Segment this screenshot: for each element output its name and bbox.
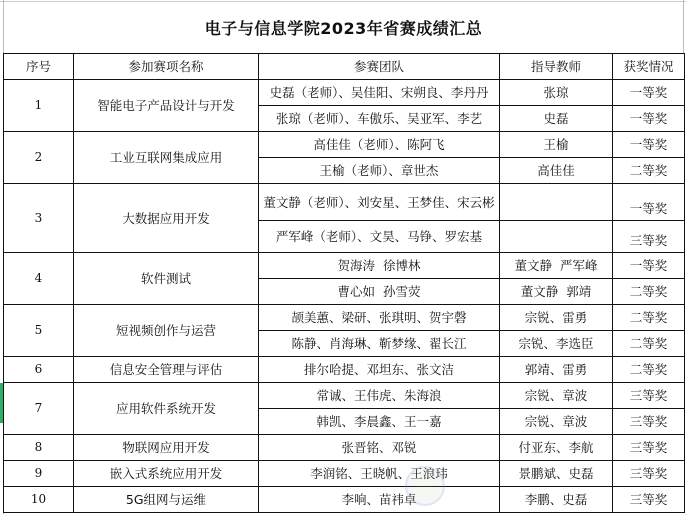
cell-award[interactable]: 三等奖: [613, 383, 685, 409]
cell-event[interactable]: 信息安全管理与评估: [74, 357, 259, 383]
cell-award[interactable]: 一等奖: [613, 253, 685, 279]
cell-event[interactable]: 软件测试: [74, 253, 259, 305]
col-header-event[interactable]: 参加赛项名称: [74, 54, 259, 80]
cell-advisor[interactable]: 宗锐、李选臣: [500, 331, 613, 357]
cell-award[interactable]: 三等奖: [613, 409, 685, 435]
header-row: 序号 参加赛项名称 参赛团队 指导教师 获奖情况: [4, 54, 685, 80]
table-row: 2 工业互联网集成应用 高佳佳（老师）、陈阿飞 王榆 一等奖: [4, 132, 685, 158]
cell-event[interactable]: 嵌入式系统应用开发: [74, 461, 259, 487]
cell-award[interactable]: 一等奖: [613, 80, 685, 106]
cell-index[interactable]: 5: [4, 305, 74, 357]
table-row: 8 物联网应用开发 张晋铭、邓锐 付亚东、李航 三等奖: [4, 435, 685, 461]
col-header-index[interactable]: 序号: [4, 54, 74, 80]
cell-award[interactable]: 二等奖: [613, 357, 685, 383]
cell-advisor[interactable]: [500, 221, 613, 253]
table-row: 1 智能电子产品设计与开发 史磊（老师）、吴佳阳、宋朔良、李丹丹 张琼 一等奖: [4, 80, 685, 106]
cell-advisor[interactable]: 景鹏斌、史磊: [500, 461, 613, 487]
table-row: 5 短视频创作与运营 颉美蕙、梁研、张琪明、贺宇磬 宗锐、雷勇 二等奖: [4, 305, 685, 331]
cell-event[interactable]: 工业互联网集成应用: [74, 132, 259, 184]
cell-advisor[interactable]: 史磊: [500, 106, 613, 132]
cell-index[interactable]: 10: [4, 487, 74, 513]
cell-advisor[interactable]: 付亚东、李航: [500, 435, 613, 461]
cell-advisor[interactable]: 宗锐、雷勇: [500, 305, 613, 331]
cell-award[interactable]: 三等奖: [613, 221, 685, 253]
cell-team[interactable]: 颉美蕙、梁研、张琪明、贺宇磬: [259, 305, 500, 331]
cell-index[interactable]: 1: [4, 80, 74, 132]
cell-advisor[interactable]: [500, 184, 613, 221]
table-row: 3 大数据应用开发 董文静（老师）、刘安星、王梦佳、宋云彬 一等奖: [4, 184, 685, 221]
cell-event[interactable]: 短视频创作与运营: [74, 305, 259, 357]
cell-index[interactable]: 8: [4, 435, 74, 461]
cell-team[interactable]: 曹心如 孙雪荧: [259, 279, 500, 305]
gridline: [683, 0, 684, 53]
cell-index[interactable]: 2: [4, 132, 74, 184]
cell-team[interactable]: 张晋铭、邓锐: [259, 435, 500, 461]
cell-team[interactable]: 史磊（老师）、吴佳阳、宋朔良、李丹丹: [259, 80, 500, 106]
cell-award[interactable]: 三等奖: [613, 461, 685, 487]
cell-index[interactable]: 3: [4, 184, 74, 253]
sheet-title[interactable]: 电子与信息学院2023年省赛成绩汇总: [4, 2, 683, 53]
cell-index[interactable]: 9: [4, 461, 74, 487]
cell-team[interactable]: 李润铭、王晓帆、王浪玮: [259, 461, 500, 487]
cell-advisor[interactable]: 张琼: [500, 80, 613, 106]
table-row: 6 信息安全管理与评估 排尔哈提、邓坦东、张文洁 郭靖、雷勇 二等奖: [4, 357, 685, 383]
cell-advisor[interactable]: 董文静 严军峰: [500, 253, 613, 279]
cell-index[interactable]: 4: [4, 253, 74, 305]
cell-award[interactable]: 二等奖: [613, 158, 685, 184]
cell-advisor[interactable]: 宗锐、章波: [500, 409, 613, 435]
cell-team[interactable]: 王榆（老师）、章世杰: [259, 158, 500, 184]
cell-team[interactable]: 董文静（老师）、刘安星、王梦佳、宋云彬: [259, 184, 500, 221]
cell-team[interactable]: 常诚、王伟虎、朱海浪: [259, 383, 500, 409]
cell-advisor[interactable]: 董文静 郭靖: [500, 279, 613, 305]
spreadsheet: 电子与信息学院2023年省赛成绩汇总 序号 参加赛项名称 参赛团队 指导教师 获…: [0, 0, 686, 514]
cell-team[interactable]: 张琼（老师）、车傲乐、吴亚军、李艺: [259, 106, 500, 132]
cell-team[interactable]: 韩凯、李晨鑫、王一嘉: [259, 409, 500, 435]
table-row: 10 5G组网与运维 李响、苗祎卓 李鹏、史磊 三等奖: [4, 487, 685, 513]
cell-award[interactable]: 三等奖: [613, 487, 685, 513]
cell-advisor[interactable]: 郭靖、雷勇: [500, 357, 613, 383]
cell-award[interactable]: 二等奖: [613, 305, 685, 331]
col-header-advisor[interactable]: 指导教师: [500, 54, 613, 80]
cell-award[interactable]: 一等奖: [613, 184, 685, 221]
cell-award[interactable]: 三等奖: [613, 435, 685, 461]
cell-team[interactable]: 贺海涛 徐博林: [259, 253, 500, 279]
cell-award[interactable]: 一等奖: [613, 132, 685, 158]
cell-advisor[interactable]: 李鹏、史磊: [500, 487, 613, 513]
cell-event[interactable]: 应用软件系统开发: [74, 383, 259, 435]
cell-advisor[interactable]: 王榆: [500, 132, 613, 158]
cell-award[interactable]: 二等奖: [613, 279, 685, 305]
cell-award[interactable]: 一等奖: [613, 106, 685, 132]
cell-team[interactable]: 排尔哈提、邓坦东、张文洁: [259, 357, 500, 383]
cell-team[interactable]: 李响、苗祎卓: [259, 487, 500, 513]
cell-team[interactable]: 严军峰（老师）、文昊、马铮、罗宏基: [259, 221, 500, 253]
col-header-team[interactable]: 参赛团队: [259, 54, 500, 80]
table-row: 4 软件测试 贺海涛 徐博林 董文静 严军峰 一等奖: [4, 253, 685, 279]
cell-event[interactable]: 大数据应用开发: [74, 184, 259, 253]
table-row: 7 应用软件系统开发 常诚、王伟虎、朱海浪 宗锐、章波 三等奖: [4, 383, 685, 409]
results-table: 序号 参加赛项名称 参赛团队 指导教师 获奖情况 1 智能电子产品设计与开发 史…: [3, 53, 685, 513]
cell-team[interactable]: 高佳佳（老师）、陈阿飞: [259, 132, 500, 158]
cell-event[interactable]: 智能电子产品设计与开发: [74, 80, 259, 132]
col-header-award[interactable]: 获奖情况: [613, 54, 685, 80]
table-row: 9 嵌入式系统应用开发 李润铭、王晓帆、王浪玮 景鹏斌、史磊 三等奖: [4, 461, 685, 487]
cell-advisor[interactable]: 宗锐、章波: [500, 383, 613, 409]
cell-index[interactable]: 7: [4, 383, 74, 435]
cell-event[interactable]: 5G组网与运维: [74, 487, 259, 513]
cell-award[interactable]: 二等奖: [613, 331, 685, 357]
cell-event[interactable]: 物联网应用开发: [74, 435, 259, 461]
cell-team[interactable]: 陈静、肖海琳、靳梦缘、翟长江: [259, 331, 500, 357]
cell-index[interactable]: 6: [4, 357, 74, 383]
cell-advisor[interactable]: 高佳佳: [500, 158, 613, 184]
